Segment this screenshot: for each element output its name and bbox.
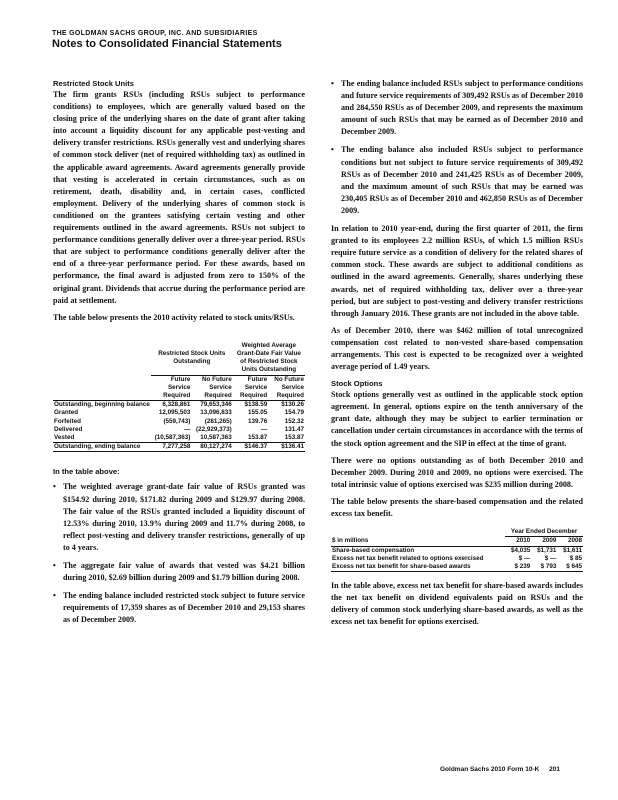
rsu-notes-list-continued: The ending balance included RSUs subject… [331,78,583,217]
year-ended-header: Year Ended December [505,528,583,537]
list-item: The ending balance also included RSUs su… [331,144,583,217]
rsu-group-header-outstanding: Restricted Stock Units Outstanding [151,342,233,375]
company-name: The Goldman Sachs Group, Inc. and Subsid… [52,30,282,37]
rsu-paragraph: The firm grants RSUs (including RSUs sub… [53,89,305,307]
col-header: Future Service Required [233,375,269,401]
rsu-group-header-fair-value: Weighted Average Grant-Date Fair Value o… [233,342,305,375]
col-header: No Future Service Required [191,375,232,401]
section-heading-stock-options: Stock Options [331,378,583,389]
year-end-grant-paragraph: In relation to 2010 year-end, during the… [331,223,583,320]
list-item: The ending balance included RSUs subject… [331,78,583,138]
stock-options-paragraph: Stock options generally vest as outlined… [331,389,583,449]
rsu-table-intro: The table below presents the 2010 activi… [53,312,305,324]
year-header: 2008 [557,537,583,546]
table-row: Granted 12,095,503 13,096,833 155.05 154… [53,409,305,417]
footer-text: Goldman Sachs 2010 Form 10-K [440,766,539,773]
table-row: Share-based compensation $4,035 $1,731 $… [331,546,583,555]
compensation-table-intro: The table below presents the share-based… [331,496,583,520]
page-title: Notes to Consolidated Financial Statemen… [52,38,282,50]
excess-tax-benefit-paragraph: In the table above, excess net tax benef… [331,580,583,628]
unrecognized-cost-paragraph: As of December 2010, there was $462 mill… [331,325,583,373]
table-row: Outstanding, ending balance 7,277,258 80… [53,443,305,452]
page-footer: Goldman Sachs 2010 Form 10-K 201 [440,766,560,773]
share-based-compensation-table: Year Ended December $ in millions 2010 2… [331,528,583,572]
list-item: The ending balance included restricted s… [53,590,305,626]
list-item: The aggregate fair value of awards that … [53,560,305,584]
table-row: Excess net tax benefit for share-based a… [331,563,583,572]
page-number: 201 [549,766,560,773]
left-column: Restricted Stock Units The firm grants R… [53,78,305,632]
rsu-activity-table: Restricted Stock Units Outstanding Weigh… [53,342,305,453]
right-column: The ending balance included RSUs subject… [331,78,583,633]
rsu-notes-list: The weighted average grant-date fair val… [53,481,305,626]
list-item: The weighted average grant-date fair val… [53,481,305,554]
year-header: 2010 [505,537,531,546]
table-row: Excess net tax benefit related to option… [331,555,583,563]
table-row: Outstanding, beginning balance 6,328,861… [53,401,305,410]
options-outstanding-paragraph: There were no options outstanding as of … [331,455,583,491]
section-heading-rsu: Restricted Stock Units [53,78,305,89]
table-notes-heading: In the table above: [53,466,305,477]
table-row: Vested (10,587,363) 10,587,363 153.87 15… [53,434,305,443]
page-header: The Goldman Sachs Group, Inc. and Subsid… [52,30,282,50]
unit-label: $ in millions [331,537,505,546]
col-header: Future Service Required [151,375,192,401]
col-header: No Future Service Required [268,375,305,401]
table-row: Forfeited (559,743) (281,265) 139.76 152… [53,418,305,426]
table-row: Delivered — (22,929,373) — 131.47 [53,426,305,434]
year-header: 2009 [531,537,557,546]
